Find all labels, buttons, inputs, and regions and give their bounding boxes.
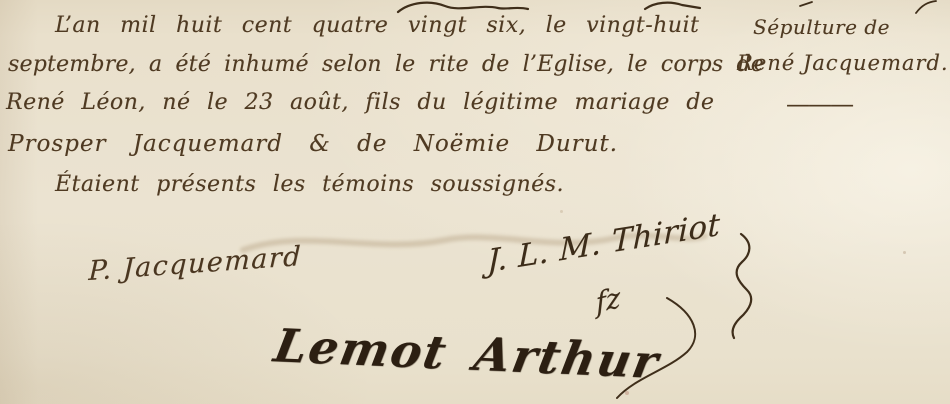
paper-speck xyxy=(625,391,629,395)
margin-note-divider: ——— xyxy=(786,90,852,118)
act-line-2: septembre, a été inhumé selon le rite de… xyxy=(8,52,764,77)
paper-speck xyxy=(903,251,906,254)
act-line-4: Prosper Jacquemard & de Noëmie Durut. xyxy=(8,131,618,157)
paper-speck xyxy=(560,210,563,213)
act-line-5: Étaient présents les témoins soussignés. xyxy=(55,172,564,197)
margin-note-name: René Jacquemard. xyxy=(737,51,949,75)
act-line-3: René Léon, né le 23 août, fils du légiti… xyxy=(6,90,714,115)
margin-note-title: Sépulture de xyxy=(753,15,890,39)
manuscript-register-page: L’an mil huit cent quatre vingt six, le … xyxy=(0,0,950,404)
act-line-1: L’an mil huit cent quatre vingt six, le … xyxy=(55,13,699,38)
signature-p-jacquemard: P. Jacquemard xyxy=(88,241,303,287)
